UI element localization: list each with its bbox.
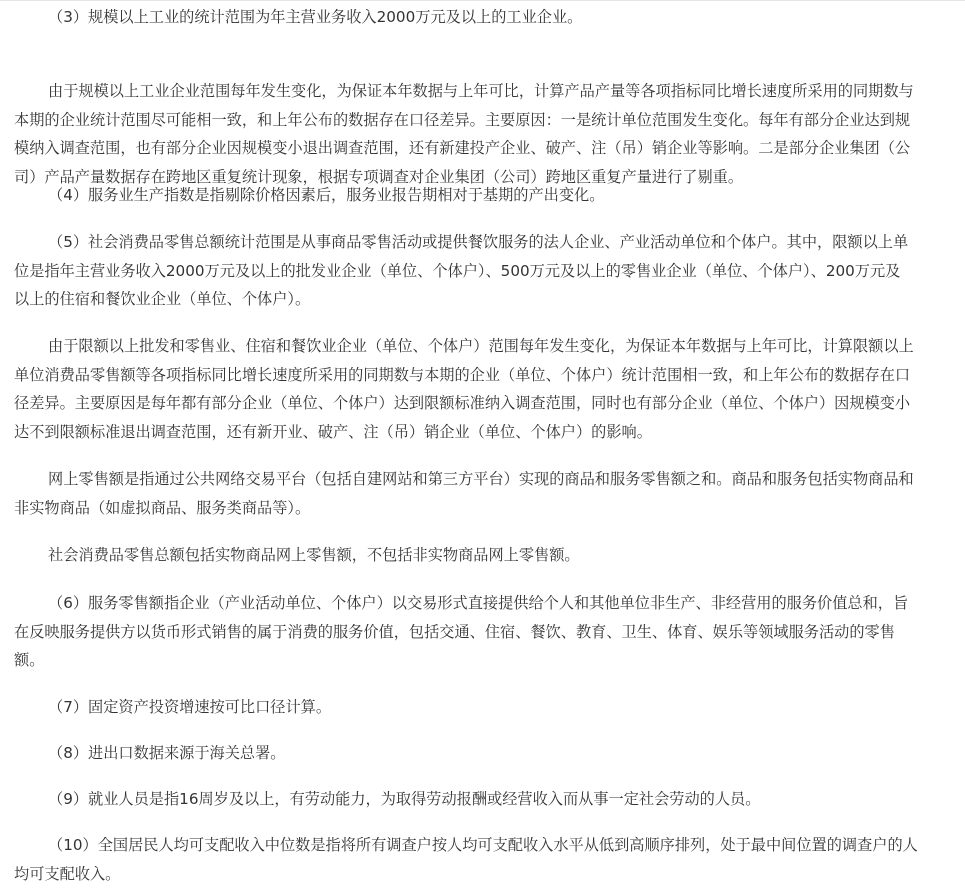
paragraph-line: 达不到限额标准退出调查范围，还有新开业、破产、注（吊）销企业（单位、个体户）的影…: [14, 418, 914, 447]
paragraph-fixed-assets: （7）固定资产投资增速按可比口径计算。: [14, 693, 331, 722]
paragraph-line: 模纳入调查范围，也有部分企业因规模变小退出调查范围，还有新建投产企业、破产、注（…: [14, 134, 914, 163]
paragraph-line: 非实物商品（如虚拟商品、服务类商品等）。: [14, 494, 914, 523]
paragraph-line: 径差异。主要原因是每年都有部分企业（单位、个体户）达到限额标准纳入调查范围，同时…: [14, 389, 914, 418]
paragraph-retail-total-includes: 社会消费品零售总额包括实物商品网上零售额，不包括非实物商品网上零售额。: [14, 541, 580, 570]
top-divider: [0, 0, 965, 1]
paragraph-line: 由于限额以上批发和零售业、住宿和餐饮业企业（单位、个体户）范围每年发生变化，为保…: [14, 332, 914, 361]
paragraph-line: （6）服务零售额指企业（产业活动单位、个体户）以交易形式直接提供给个人和其他单位…: [14, 589, 908, 618]
paragraph-line: 位是指年主营业务收入2000万元及以上的批发业企业（单位、个体户）、500万元及…: [14, 257, 908, 286]
paragraph-line: （10）全国居民人均可支配收入中位数是指将所有调查户按人均可支配收入水平从低到高…: [14, 831, 918, 860]
paragraph-online-retail: 网上零售额是指通过公共网络交易平台（包括自建网站和第三方平台）实现的商品和服务零…: [14, 465, 914, 522]
paragraph-line: （8）进出口数据来源于海关总署。: [14, 739, 285, 768]
paragraph-line: 由于规模以上工业企业范围每年发生变化，为保证本年数据与上年可比，计算产品产量等各…: [14, 77, 914, 106]
paragraph-service-retail: （6）服务零售额指企业（产业活动单位、个体户）以交易形式直接提供给个人和其他单位…: [14, 589, 908, 675]
paragraph-line: 社会消费品零售总额包括实物商品网上零售额，不包括非实物商品网上零售额。: [14, 541, 580, 570]
paragraph-line: （7）固定资产投资增速按可比口径计算。: [14, 693, 331, 722]
paragraph-line: 均可支配收入。: [14, 860, 918, 888]
paragraph-retail-comparability: 由于限额以上批发和零售业、住宿和餐饮业企业（单位、个体户）范围每年发生变化，为保…: [14, 332, 914, 446]
paragraph-line: 额。: [14, 646, 908, 675]
paragraph-line: 本期的企业统计范围尽可能相一致，和上年公布的数据存在口径差异。主要原因：一是统计…: [14, 106, 914, 135]
paragraph-line: （5）社会消费品零售总额统计范围是从事商品零售活动或提供餐饮服务的法人企业、产业…: [14, 228, 908, 257]
paragraph-industrial-comparability: 由于规模以上工业企业范围每年发生变化，为保证本年数据与上年可比，计算产品产量等各…: [14, 77, 914, 191]
paragraph-line: （4）服务业生产指数是指剔除价格因素后，服务业报告期相对于基期的产出变化。: [14, 181, 604, 210]
paragraph-services-index: （4）服务业生产指数是指剔除价格因素后，服务业报告期相对于基期的产出变化。: [14, 181, 604, 210]
paragraph-line: 以上的住宿和餐饮业企业（单位、个体户）。: [14, 285, 908, 314]
paragraph-line: 单位消费品零售额等各项指标同比增长速度所采用的同期数与本期的企业（单位、个体户）…: [14, 361, 914, 390]
paragraph-line: 网上零售额是指通过公共网络交易平台（包括自建网站和第三方平台）实现的商品和服务零…: [14, 465, 914, 494]
paragraph-line: 在反映服务提供方以货币形式销售的属于消费的服务价值，包括交通、住宿、餐饮、教育、…: [14, 618, 908, 647]
paragraph-industrial-scope: （3）规模以上工业的统计范围为年主营业务收入2000万元及以上的工业企业。: [14, 3, 582, 32]
paragraph-line: （9）就业人员是指16周岁及以上，有劳动能力，为取得劳动报酬或经营收入而从事一定…: [14, 785, 760, 814]
paragraph-employment: （9）就业人员是指16周岁及以上，有劳动能力，为取得劳动报酬或经营收入而从事一定…: [14, 785, 760, 814]
paragraph-retail-scope: （5）社会消费品零售总额统计范围是从事商品零售活动或提供餐饮服务的法人企业、产业…: [14, 228, 908, 314]
paragraph-median-income: （10）全国居民人均可支配收入中位数是指将所有调查户按人均可支配收入水平从低到高…: [14, 831, 918, 888]
paragraph-trade-source: （8）进出口数据来源于海关总署。: [14, 739, 285, 768]
paragraph-line: （3）规模以上工业的统计范围为年主营业务收入2000万元及以上的工业企业。: [14, 3, 582, 32]
